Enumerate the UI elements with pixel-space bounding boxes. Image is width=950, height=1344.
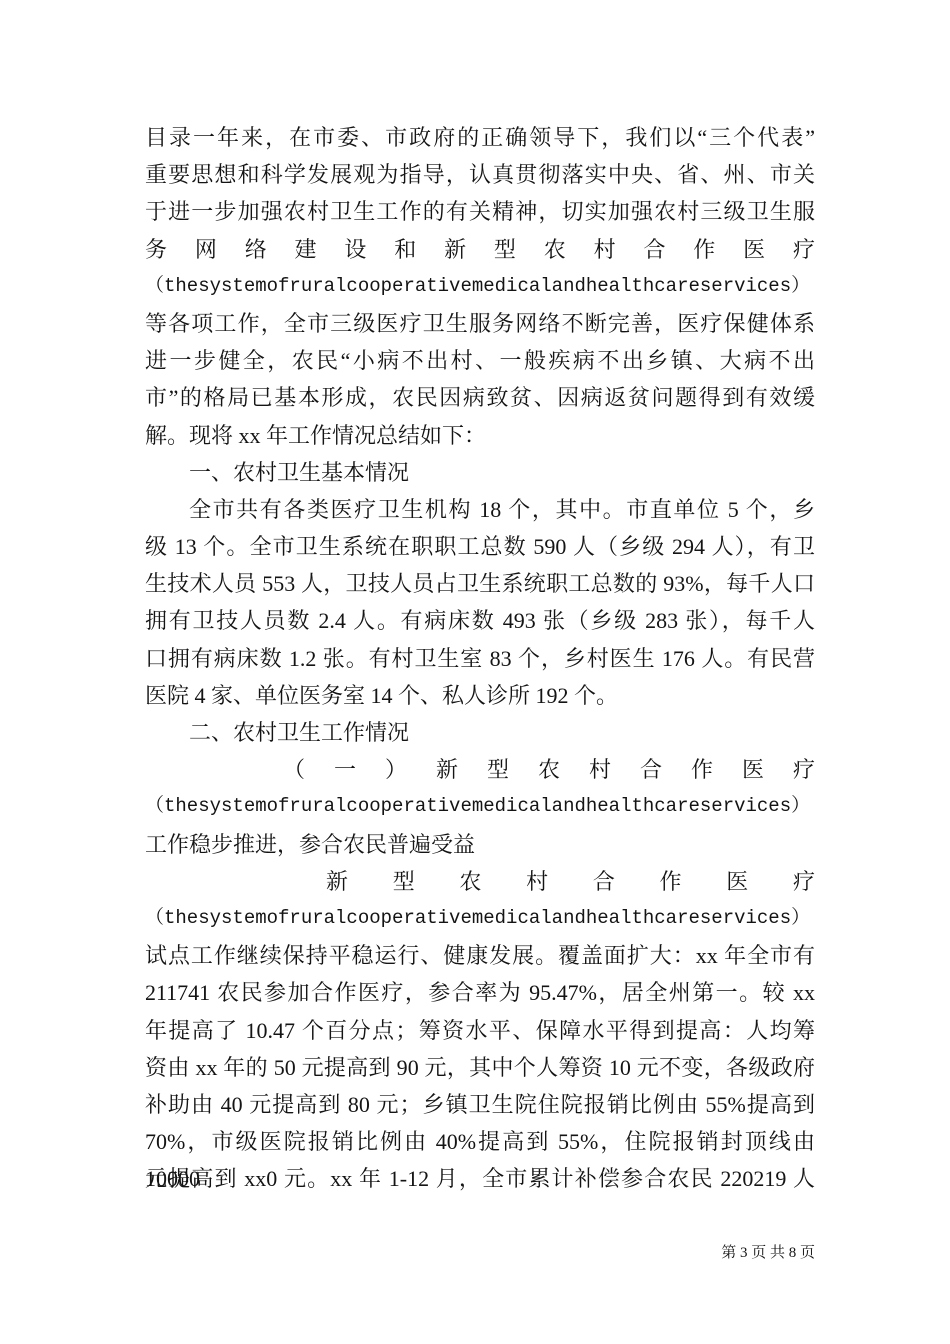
document-page: { "document": { "lines": [ "目录一年来，在市委、市政…	[0, 0, 950, 1344]
section-heading: 一、农村卫生基本情况	[145, 454, 815, 491]
text-line: 资由 xx 年的 50 元提高到 90 元，其中个人筹资 10 元不变，各级政府	[145, 1049, 815, 1086]
text-line: 试点工作继续保持平稳运行、健康发展。覆盖面扩大：xx 年全市有	[145, 937, 815, 974]
text-line: 重要思想和科学发展观为指导，认真贯彻落实中央、省、州、市关	[145, 156, 815, 193]
text-line: 等各项工作，全市三级医疗卫生服务网络不断完善，医疗保健体系	[145, 305, 815, 342]
text-line-english: （thesystemofruralcooperativemedicalandhe…	[145, 900, 815, 937]
text-line: 进一步健全，农民“小病不出村、一般疾病不出乡镇、大病不出	[145, 342, 815, 379]
text-line-distributed: 新 型 农 村 合 作 医 疗	[326, 863, 815, 900]
section-heading: 二、农村卫生工作情况	[145, 714, 815, 751]
text-line: 目录一年来，在市委、市政府的正确领导下，我们以“三个代表”	[145, 119, 815, 156]
text-line: 年提高了 10.47 个百分点；筹资水平、保障水平得到提高：人均筹	[145, 1012, 815, 1049]
text-line: 70%，市级医院报销比例由 40%提高到 55%，住院报销封顶线由 10000	[145, 1123, 815, 1160]
text-line: 生技术人员 553 人，卫技人员占卫生系统职工总数的 93%，每千人口	[145, 565, 815, 602]
text-line: 于进一步加强农村卫生工作的有关精神，切实加强农村三级卫生服	[145, 193, 815, 230]
text-line-distributed: 务 网 络 建 设 和 新 型 农 村 合 作 医 疗	[145, 231, 815, 268]
text-line: 211741 农民参加合作医疗，参合率为 95.47%，居全州第一。较 xx	[145, 974, 815, 1011]
text-line: 医院 4 家、单位医务室 14 个、私人诊所 192 个。	[145, 677, 815, 714]
text-line-distributed: （ 一 ） 新 型 农 村 合 作 医 疗	[283, 751, 815, 788]
text-line: 解。现将 xx 年工作情况总结如下：	[145, 417, 815, 454]
text-line: 口拥有病床数 1.2 张。有村卫生室 83 个，乡村医生 176 人。有民营	[145, 640, 815, 677]
page-number: 第 3 页 共 8 页	[145, 1243, 815, 1263]
text-line: 拥有卫技人员数 2.4 人。有病床数 493 张（乡级 283 张），每千人	[145, 602, 815, 639]
text-line: 工作稳步推进，参合农民普遍受益	[145, 826, 815, 863]
text-line-english: （thesystemofruralcooperativemedicalandhe…	[145, 268, 815, 305]
text-line: 补助由 40 元提高到 80 元；乡镇卫生院住院报销比例由 55%提高到	[145, 1086, 815, 1123]
text-line-english: （thesystemofruralcooperativemedicalandhe…	[145, 788, 815, 825]
text-line: 市”的格局已基本形成，农民因病致贫、因病返贫问题得到有效缓	[145, 379, 815, 416]
text-line: 级 13 个。全市卫生系统在职职工总数 590 人（乡级 294 人），有卫	[145, 528, 815, 565]
document-body: 目录一年来，在市委、市政府的正确领导下，我们以“三个代表” 重要思想和科学发展观…	[145, 119, 815, 1197]
text-line: 全市共有各类医疗卫生机构 18 个，其中。市直单位 5 个，乡	[145, 491, 815, 528]
text-line: 元提高到 xx0 元。xx 年 1-12 月，全市累计补偿参合农民 220219…	[145, 1160, 815, 1197]
